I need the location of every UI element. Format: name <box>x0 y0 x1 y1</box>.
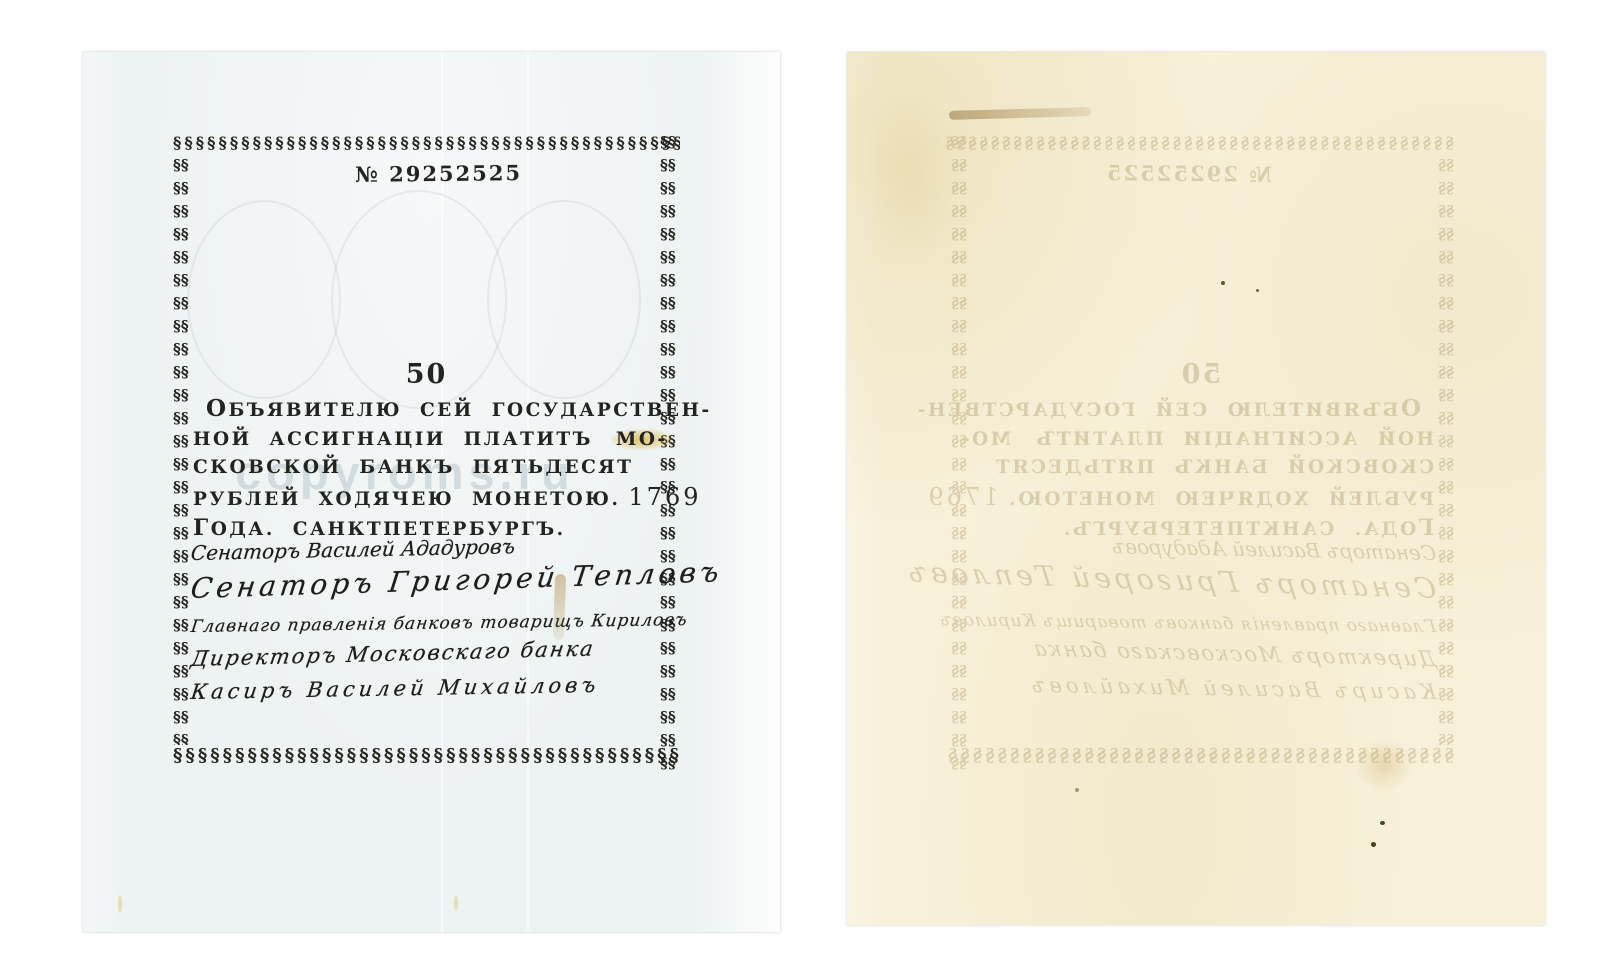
body-line-2: НОЙ АССИГНАЦІИ ПЛАТИТЪ МО- <box>962 426 1434 455</box>
signature-cashier: Касиръ Василей Михайловъ <box>953 672 1438 704</box>
ornament-border-frame: §§§§§§§§§§§§§§§§§§§§§§§§§§§§§§§§§§§§§§§§… <box>947 131 1454 770</box>
year-numeral: 1769 <box>926 483 999 511</box>
brown-stain-streak <box>553 574 566 640</box>
body-line-1: ОБЪЯВИТЕЛЮ СЕЙ ГОСУДАРСТВЕН- <box>193 395 665 426</box>
signature-senator-2: Сенаторъ Григорей Тепловъ <box>189 557 675 605</box>
ornament-border-frame: §§§§§§§§§§§§§§§§§§§§§§§§§§§§§§§§§§§§§§§§… <box>173 131 680 770</box>
body-line-1: ОБЪЯВИТЕЛЮ СЕЙ ГОСУДАРСТВЕН- <box>962 395 1434 426</box>
ink-speck <box>1256 289 1259 292</box>
body-text: ОБЪЯВИТЕЛЮ СЕЙ ГОСУДАРСТВЕН- НОЙ АССИГНА… <box>962 395 1434 545</box>
paper-speck <box>454 895 458 911</box>
signature-senator-2: Сенаторъ Григорей Тепловъ <box>952 557 1438 605</box>
ornament-border-top: §§§§§§§§§§§§§§§§§§§§§§§§§§§§§§§§§§§§§§§§… <box>947 131 1454 156</box>
serial-number: № 29252525 <box>355 160 522 187</box>
signature-bank-director: Директоръ Московскаго банка <box>952 634 1437 671</box>
signature-block: Сенаторъ Василей Ададуровъ Сенаторъ Григ… <box>191 541 673 704</box>
year-numeral: 1769 <box>628 483 701 511</box>
body-line-4-text: РУБЛЕЙ ХОДЯЧЕЮ МОНЕТОЮ. <box>1007 489 1434 510</box>
ink-speck <box>1380 821 1385 825</box>
paper-stain <box>1355 738 1413 792</box>
denomination-numeral: 50 <box>173 359 680 390</box>
signature-bank-director: Директоръ Московскаго банка <box>189 634 674 671</box>
ornament-border-top: §§§§§§§§§§§§§§§§§§§§§§§§§§§§§§§§§§§§§§§§… <box>173 131 680 156</box>
body-line-4-text: РУБЛЕЙ ХОДЯЧЕЮ МОНЕТОЮ. <box>193 489 620 510</box>
signature-cashier: Касиръ Василей Михайловъ <box>190 672 675 704</box>
serial-number: № 29252525 <box>1105 160 1272 187</box>
denomination-numeral: 50 <box>947 359 1454 390</box>
signature-block: Сенаторъ Василей Ададуровъ Сенаторъ Григ… <box>954 541 1436 704</box>
body-line-3: СКОВСКОЙ БАНКЪ ПЯТЬДЕСЯТ <box>193 454 665 483</box>
banknote-back-sheet: §§§§§§§§§§§§§§§§§§§§§§§§§§§§§§§§§§§§§§§§… <box>847 52 1545 925</box>
signature-bank-official: Главнаго правленія банковъ товарищъ Кири… <box>190 610 674 637</box>
body-line-4: РУБЛЕЙ ХОДЯЧЕЮ МОНЕТОЮ.1769 <box>193 483 665 515</box>
body-line-2-text: НОЙ АССИГНАЦІИ ПЛАТИТЪ <box>193 429 593 450</box>
ink-stain-over-text: МО- <box>954 429 1016 450</box>
ink-stain-over-text: МО- <box>611 429 673 450</box>
body-line-2: НОЙ АССИГНАЦІИ ПЛАТИТЪ МО- <box>193 426 665 455</box>
ornament-border-bottom: §§§§§§§§§§§§§§§§§§§§§§§§§§§§§§§§§§§§§§§§… <box>173 743 680 770</box>
paper-stain <box>865 92 960 262</box>
ink-speck <box>1221 281 1225 285</box>
scan-canvas: copyroms.ru §§§§§§§§§§§§§§§§§§§§§§§§§§§§… <box>0 0 1600 980</box>
body-line-4: РУБЛЕЙ ХОДЯЧЕЮ МОНЕТОЮ.1769 <box>962 483 1434 515</box>
ink-speck <box>1075 788 1079 792</box>
body-text: ОБЪЯВИТЕЛЮ СЕЙ ГОСУДАРСТВЕН- НОЙ АССИГНА… <box>193 395 665 545</box>
body-line-2-text: НОЙ АССИГНАЦІИ ПЛАТИТЪ <box>1034 429 1434 450</box>
banknote-front-sheet: copyroms.ru §§§§§§§§§§§§§§§§§§§§§§§§§§§§… <box>83 52 780 932</box>
body-line-3: СКОВСКОЙ БАНКЪ ПЯТЬДЕСЯТ <box>962 454 1434 483</box>
paper-speck <box>118 895 122 913</box>
ink-speck <box>1371 842 1376 847</box>
signature-bank-official: Главнаго правленія банковъ товарищъ Кири… <box>953 610 1437 637</box>
